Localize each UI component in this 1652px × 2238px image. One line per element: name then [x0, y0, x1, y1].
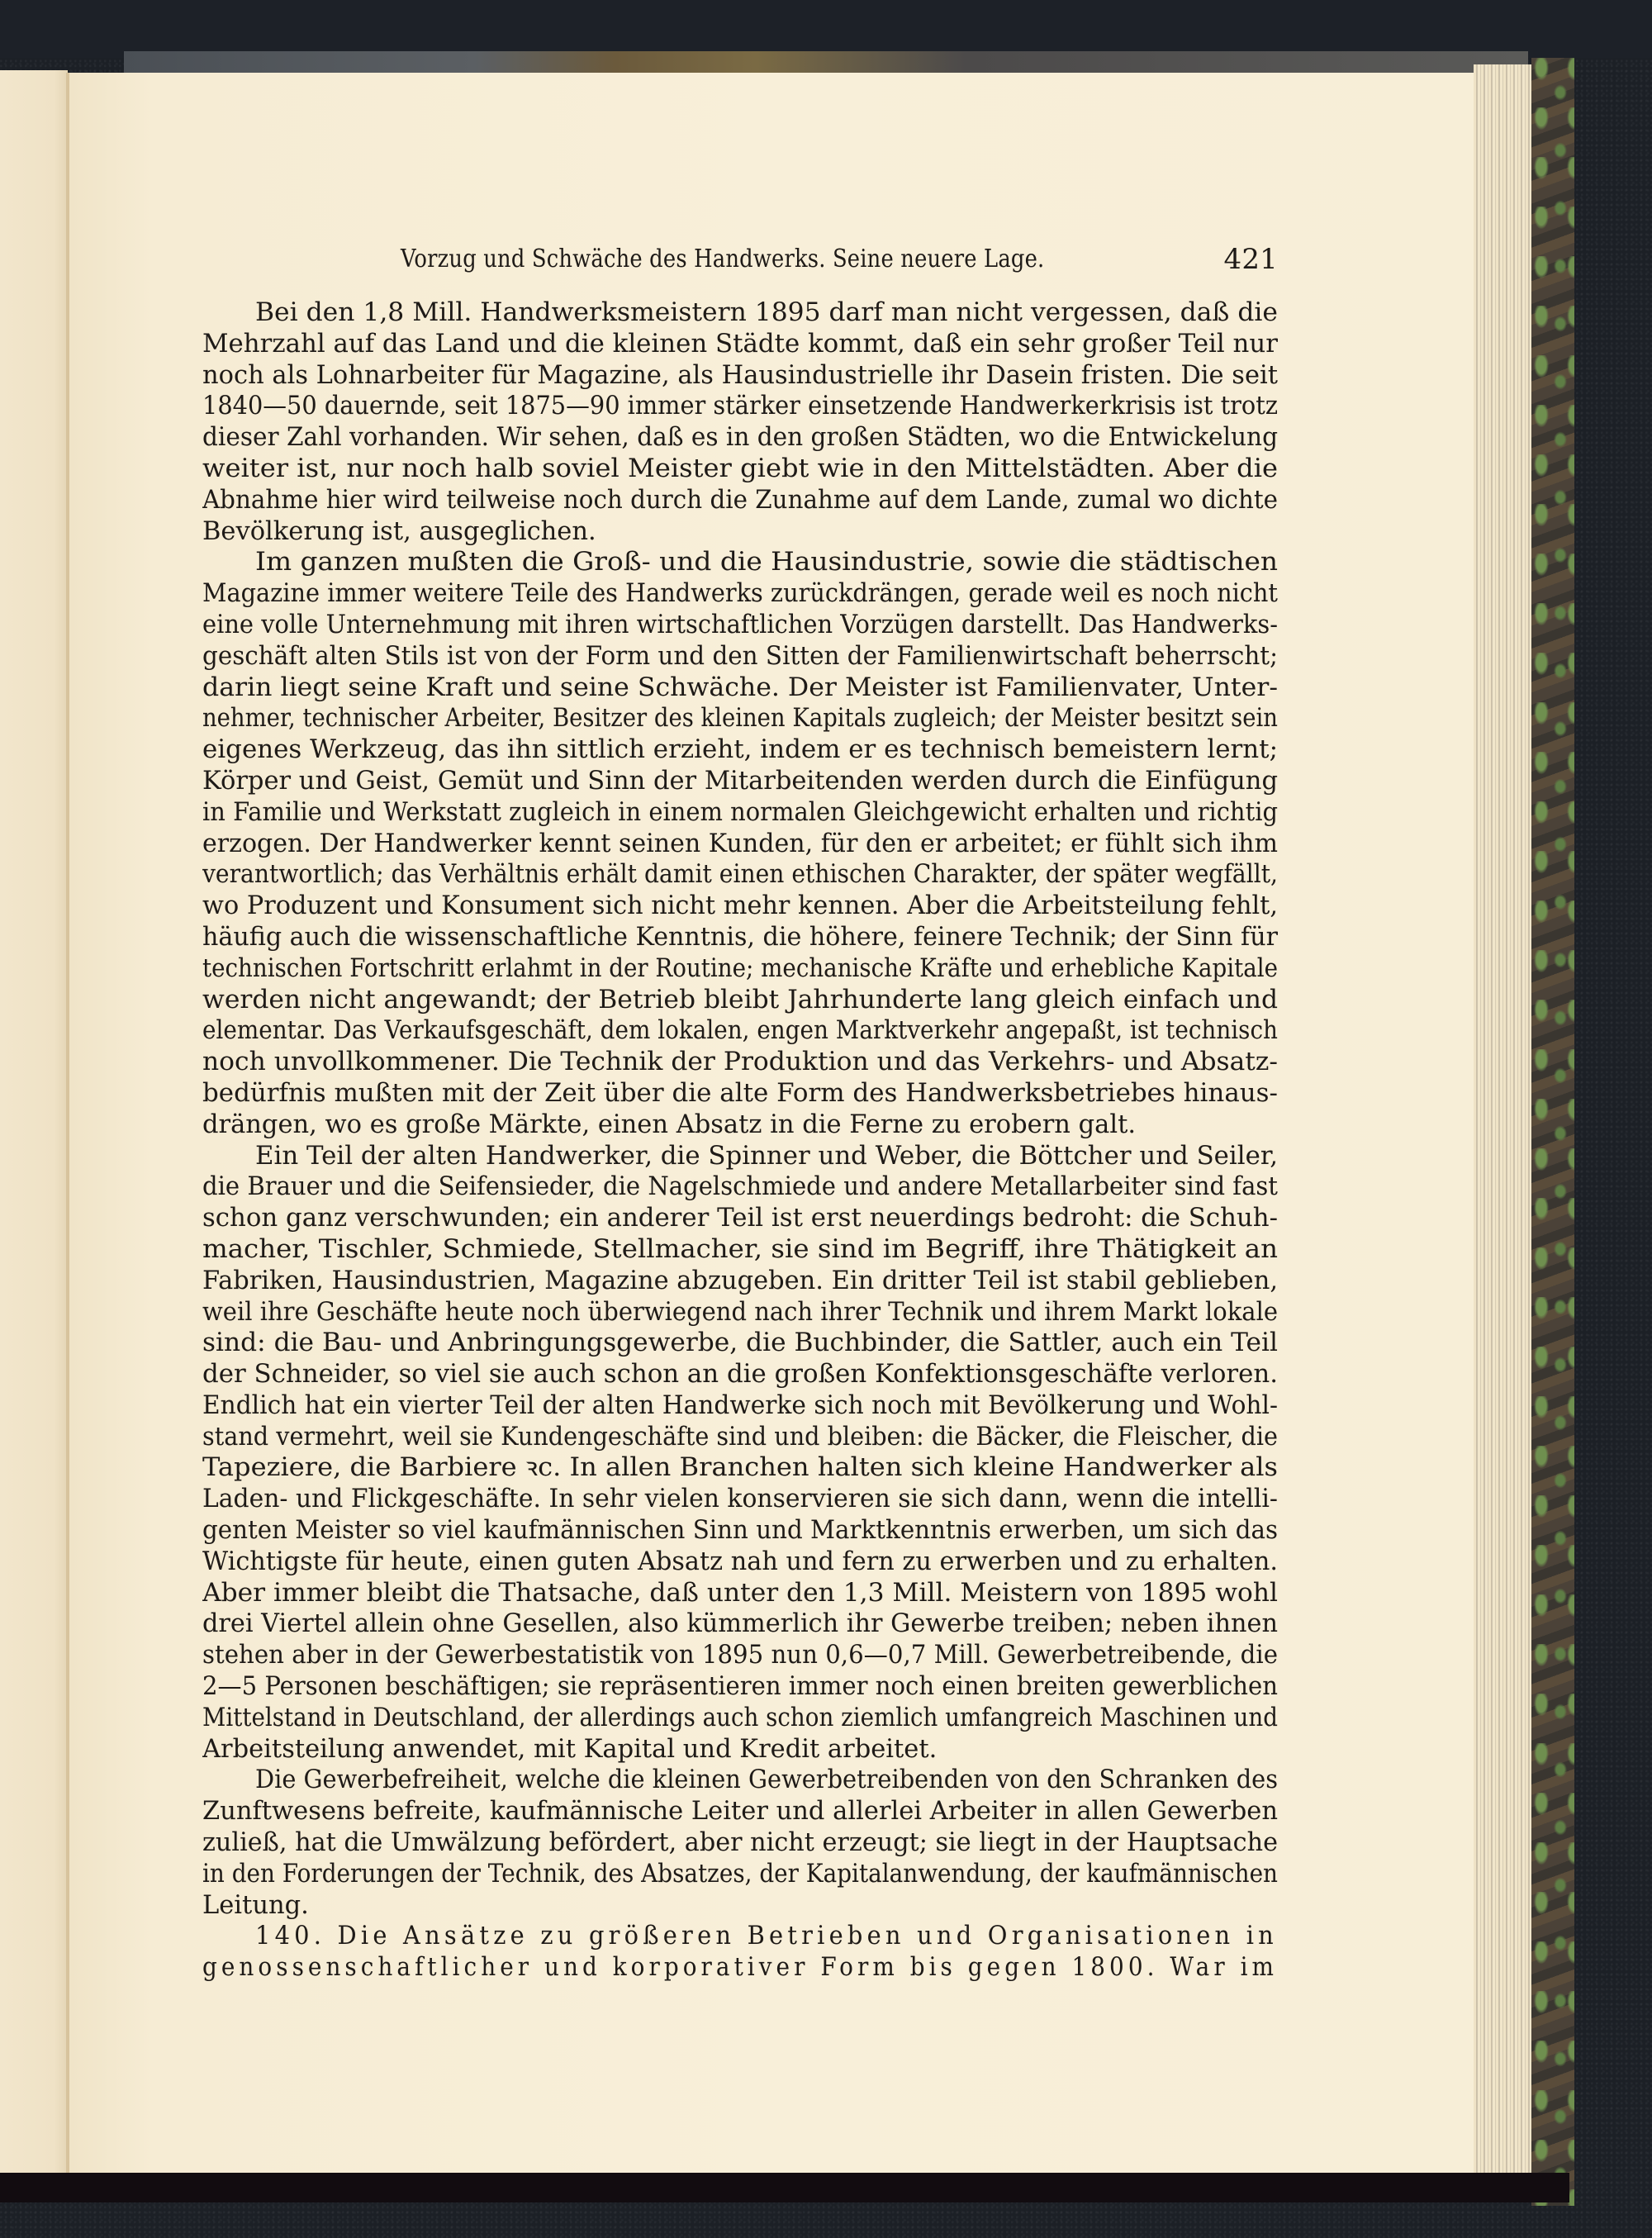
text-line: Die Gewerbefreiheit, welche die kleinen … — [202, 1765, 1278, 1796]
facing-page-edge — [0, 70, 68, 2173]
text-line: 1840—50 dauernde, seit 1875—90 immer stä… — [202, 391, 1278, 422]
section-heading-paragraph: 140. Die Ansätze zu größeren Betrieben u… — [202, 1921, 1278, 1984]
text-line: geschäft alten Stils ist von der Form un… — [202, 641, 1278, 672]
text-line: schon ganz verschwunden; ein anderer Tei… — [202, 1203, 1278, 1234]
paragraph: Ein Teil der alten Handwerker, die Spinn… — [202, 1141, 1278, 1765]
text-line: verantwortlich; das Verhältnis erhält da… — [202, 859, 1278, 891]
text-line: Abnahme hier wird teilweise noch durch d… — [202, 485, 1278, 516]
text-line: darin liegt seine Kraft und seine Schwäc… — [202, 672, 1278, 704]
text-line: stehen aber in der Gewerbestatistik von … — [202, 1640, 1278, 1671]
paragraph: Im ganzen mußten die Groß- und die Hausi… — [202, 547, 1278, 1140]
text-line: dieser Zahl vorhanden. Wir sehen, daß es… — [202, 422, 1278, 454]
text-line: Im ganzen mußten die Groß- und die Hausi… — [202, 547, 1278, 578]
text-line: Arbeitsteilung anwendet, mit Kapital und… — [202, 1734, 1278, 1765]
text-line: drei Viertel allein ohne Gesellen, also … — [202, 1608, 1278, 1640]
text-line: Mehrzahl auf das Land und die kleinen St… — [202, 329, 1278, 360]
text-line: Laden- und Flickgeschäfte. In sehr viele… — [202, 1484, 1278, 1515]
text-line: genossenschaftlicher und korporativer Fo… — [202, 1952, 1278, 1984]
paragraph: Bei den 1,8 Mill. Handwerksmeistern 1895… — [202, 297, 1278, 547]
text-line: genten Meister so viel kaufmännischen Si… — [202, 1515, 1278, 1547]
book-headband — [124, 51, 1528, 73]
text-line: Bei den 1,8 Mill. Handwerksmeistern 1895… — [202, 297, 1278, 329]
text-line: Bevölkerung ist, ausgeglichen. — [202, 516, 1278, 548]
text-line: Aber immer bleibt die Thatsache, daß unt… — [202, 1578, 1278, 1609]
text-line: eine volle Unternehmung mit ihren wirtsc… — [202, 610, 1278, 641]
text-line: eigenes Werkzeug, das ihn sittlich erzie… — [202, 734, 1278, 766]
text-line: Wichtigste für heute, einen guten Absatz… — [202, 1547, 1278, 1578]
text-line: noch als Lohnarbeiter für Magazine, als … — [202, 360, 1278, 392]
text-line: Tapeziere, die Barbiere ꝛc. In allen Bra… — [202, 1452, 1278, 1484]
text-line: Leitung. — [202, 1890, 1278, 1922]
text-line: 140. Die Ansätze zu größeren Betrieben u… — [202, 1921, 1278, 1952]
text-line: werden nicht angewandt; der Betrieb blei… — [202, 985, 1278, 1016]
text-line: Magazine immer weitere Teile des Handwer… — [202, 578, 1278, 610]
text-line: in den Forderungen der Technik, des Absa… — [202, 1859, 1278, 1890]
text-line: Körper und Geist, Gemüt und Sinn der Mit… — [202, 766, 1278, 797]
text-line: Mittelstand in Deutschland, der allerdin… — [202, 1703, 1278, 1734]
text-block: Vorzug und Schwäche des Handwerks. Seine… — [202, 241, 1278, 1984]
text-line: bedürfnis mußten mit der Zeit über die a… — [202, 1078, 1278, 1109]
text-line: erzogen. Der Handwerker kennt seinen Kun… — [202, 829, 1278, 860]
text-line: in Familie und Werkstatt zugleich in ein… — [202, 797, 1278, 829]
text-line: technischen Fortschritt erlahmt in der R… — [202, 953, 1278, 985]
text-line: sind: die Bau- und Anbringungsgewerbe, d… — [202, 1328, 1278, 1359]
text-line: stand vermehrt, weil sie Kundengeschäfte… — [202, 1422, 1278, 1453]
text-line: weiter ist, nur noch halb soviel Meister… — [202, 454, 1278, 485]
book-cover-top — [0, 0, 1652, 58]
body-text: Bei den 1,8 Mill. Handwerksmeistern 1895… — [202, 297, 1278, 1984]
text-line: elementar. Das Verkaufsgeschäft, dem lok… — [202, 1015, 1278, 1047]
text-line: Ein Teil der alten Handwerker, die Spinn… — [202, 1141, 1278, 1172]
marbled-binding — [1531, 58, 1574, 2206]
page-number: 421 — [1224, 241, 1279, 278]
text-line: weil ihre Geschäfte heute noch überwiege… — [202, 1297, 1278, 1328]
running-head: Vorzug und Schwäche des Handwerks. Seine… — [202, 241, 1278, 278]
text-line: noch unvollkommener. Die Technik der Pro… — [202, 1047, 1278, 1078]
text-line: drängen, wo es große Märkte, einen Absat… — [202, 1109, 1278, 1141]
text-line: macher, Tischler, Schmiede, Stellmacher,… — [202, 1234, 1278, 1266]
book-cover-bottom — [0, 2173, 1569, 2202]
text-line: die Brauer und die Seifensieder, die Nag… — [202, 1171, 1278, 1203]
text-line: zuließ, hat die Umwälzung befördert, abe… — [202, 1827, 1278, 1859]
text-line: Endlich hat ein vierter Teil der alten H… — [202, 1390, 1278, 1422]
text-line: wo Produzent und Konsument sich nicht me… — [202, 891, 1278, 922]
text-line: häufig auch die wissenschaftliche Kenntn… — [202, 922, 1278, 953]
paragraph: Die Gewerbefreiheit, welche die kleinen … — [202, 1765, 1278, 1921]
text-line: 2—5 Personen beschäftigen; sie repräsent… — [202, 1671, 1278, 1703]
text-line: der Schneider, so viel sie auch schon an… — [202, 1359, 1278, 1390]
text-line: Fabriken, Hausindustrien, Magazine abzug… — [202, 1266, 1278, 1297]
text-line: nehmer, technischer Arbeiter, Besitzer d… — [202, 703, 1278, 734]
running-head-title: Vorzug und Schwäche des Handwerks. Seine… — [401, 241, 1044, 278]
text-line: Zunftwesens befreite, kaufmännische Leit… — [202, 1796, 1278, 1827]
page-stack-edges — [1474, 64, 1533, 2173]
